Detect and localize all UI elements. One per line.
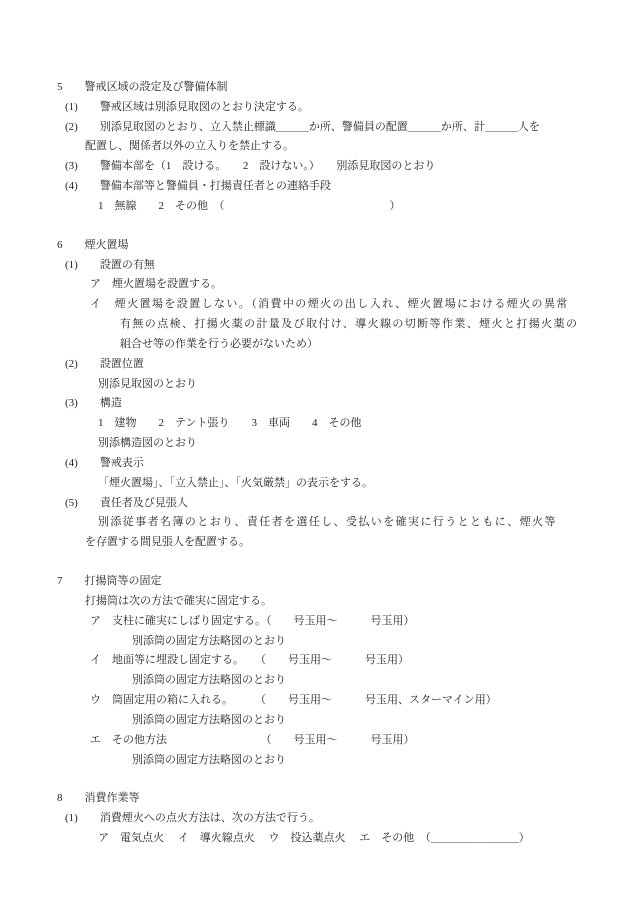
document-line: (4) 警戒表示 xyxy=(0,454,630,474)
document-line: 別添筒の固定方法略図のとおり xyxy=(0,751,630,771)
document-line: 別添構造図のとおり xyxy=(0,434,630,454)
document-line: ア 電気点火 イ 導火線点火 ウ 投込薬点火 エ その他 （＿＿＿＿＿＿＿＿） xyxy=(0,829,630,849)
document-line: イ 煙火置場を設置しない。（消費中の煙火の出し入れ、煙火置場における煙火の異常 xyxy=(0,295,630,315)
document-line: (4) 警備本部等と警備員・打揚責任者との連絡手段 xyxy=(0,177,630,197)
document-line: 別添筒の固定方法略図のとおり xyxy=(0,632,630,652)
document-line: 5 警戒区域の設定及び警備体制 xyxy=(0,78,630,98)
document-line: 別添筒の固定方法略図のとおり xyxy=(0,671,630,691)
document-line: ア 支柱に確実にしばり固定する。（ 号玉用～ 号玉用） xyxy=(0,612,630,632)
document-line: ア 煙火置場を設置する。 xyxy=(0,275,630,295)
document-line: (3) 警備本部を（1 設ける。 2 設けない。） 別添見取図のとおり xyxy=(0,157,630,177)
document-line: 1 建物 2 テント張り 3 車両 4 その他 xyxy=(0,414,630,434)
document-line: 別添筒の固定方法略図のとおり xyxy=(0,711,630,731)
document-body: 5 警戒区域の設定及び警備体制(1) 警戒区域は別添見取図のとおり決定する。(2… xyxy=(0,0,630,849)
document-line: 1 無線 2 その他 （ ） xyxy=(0,197,630,217)
document-line: 組合せ等の作業を行う必要がないため） xyxy=(0,335,630,355)
document-line: を存置する間見張人を配置する。 xyxy=(0,533,630,553)
document-line: (1) 警戒区域は別添見取図のとおり決定する。 xyxy=(0,98,630,118)
document-line: 配置し、関係者以外の立入りを禁止する。 xyxy=(0,137,630,157)
document-line: (1) 消費煙火への点火方法は、次の方法で行う。 xyxy=(0,809,630,829)
document-line: (1) 設置の有無 xyxy=(0,256,630,276)
document-line: 「煙火置場」、「立入禁止」、「火気厳禁」の表示をする。 xyxy=(0,474,630,494)
blank-line xyxy=(0,217,630,236)
document-line: 6 煙火置場 xyxy=(0,236,630,256)
document-line: 別添見取図のとおり xyxy=(0,375,630,395)
document-line: 7 打揚筒等の固定 xyxy=(0,572,630,592)
document-line: (3) 構造 xyxy=(0,394,630,414)
document-line: (2) 設置位置 xyxy=(0,355,630,375)
document-line: イ 地面等に埋設し固定する。 （ 号玉用～ 号玉用） xyxy=(0,651,630,671)
blank-line xyxy=(0,770,630,789)
document-page: 5 警戒区域の設定及び警備体制(1) 警戒区域は別添見取図のとおり決定する。(2… xyxy=(0,0,630,915)
document-line: 8 消費作業等 xyxy=(0,789,630,809)
document-line: 有無の点検、打揚火薬の計量及び取付け、導火線の切断等作業、煙火と打揚火薬の xyxy=(0,315,630,335)
document-line: エ その他方法 （ 号玉用～ 号玉用） xyxy=(0,731,630,751)
blank-line xyxy=(0,553,630,572)
document-line: 別添従事者名簿のとおり、責任者を選任し、受払いを確実に行うとともに、煙火等 xyxy=(0,513,630,533)
document-line: (2) 別添見取図のとおり、立入禁止標識＿＿＿か所、警備員の配置＿＿＿か所、計＿… xyxy=(0,118,630,138)
document-line: 打揚筒は次の方法で確実に固定する。 xyxy=(0,592,630,612)
document-line: ウ 筒固定用の箱に入れる。 （ 号玉用～ 号玉用、スターマイン用） xyxy=(0,691,630,711)
document-line: (5) 責任者及び見張人 xyxy=(0,494,630,514)
